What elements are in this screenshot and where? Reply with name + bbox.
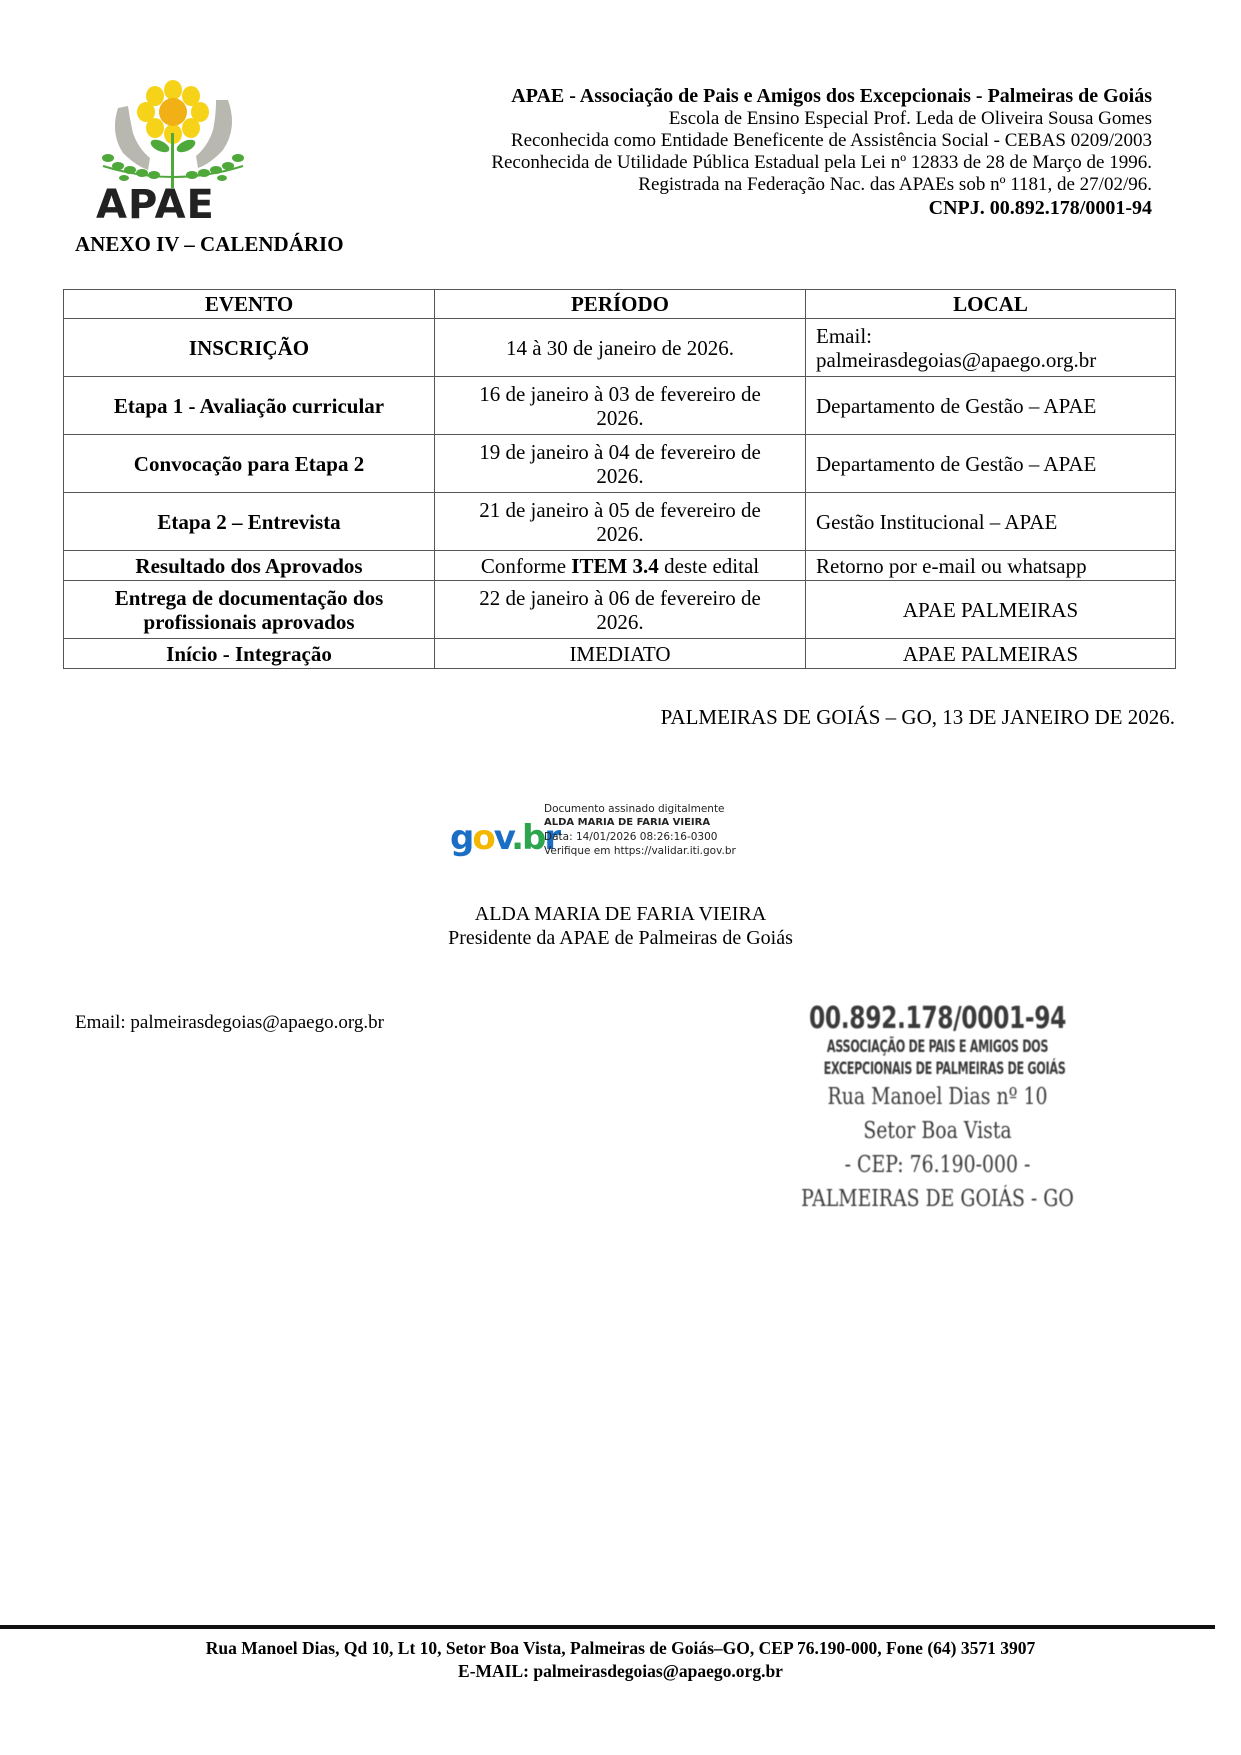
header-evento: EVENTO: [64, 290, 435, 319]
stamp-line: ASSOCIAÇÃO DE PAIS E AMIGOS DOS: [824, 1036, 1052, 1058]
footer-address: Rua Manoel Dias, Qd 10, Lt 10, Setor Boa…: [0, 1637, 1241, 1660]
periodo-post: deste edital: [659, 554, 759, 578]
table-row: INSCRIÇÃO 14 à 30 de janeiro de 2026. Em…: [64, 319, 1176, 377]
signature-verify-link[interactable]: Verifique em https://validar.iti.gov.br: [544, 844, 736, 858]
cell-periodo: 22 de janeiro à 06 de fevereiro de 2026.: [435, 581, 806, 639]
signature-info: Documento assinado digitalmente ALDA MAR…: [544, 802, 736, 858]
table-row: Início - Integração IMEDIATO APAE PALMEI…: [64, 639, 1176, 669]
cell-periodo-line: 2026.: [441, 464, 799, 488]
cell-evento: INSCRIÇÃO: [64, 319, 435, 377]
cell-local: Departamento de Gestão – APAE: [806, 377, 1176, 435]
cell-evento: Resultado dos Aprovados: [64, 551, 435, 581]
stamp-line: - CEP: 76.190-000 -: [796, 1148, 1079, 1182]
govbr-logo-icon: gov.br: [450, 818, 559, 858]
header-line: Reconhecida de Utilidade Pública Estadua…: [491, 152, 1152, 174]
contact-email[interactable]: Email: palmeirasdegoias@apaego.org.br: [75, 1012, 384, 1034]
stamp-line: Rua Manoel Dias nº 10: [796, 1080, 1079, 1114]
cell-evento: Convocação para Etapa 2: [64, 435, 435, 493]
header-cnpj: CNPJ. 00.892.178/0001-94: [491, 196, 1152, 220]
footer-divider: [0, 1625, 1215, 1629]
signer-name: ALDA MARIA DE FARIA VIEIRA: [0, 902, 1241, 926]
signature-name: ALDA MARIA DE FARIA VIEIRA: [544, 816, 736, 830]
annex-title: ANEXO IV – CALENDÁRIO: [75, 232, 344, 257]
org-name: APAE - Associação de Pais e Amigos dos E…: [491, 84, 1152, 108]
cell-local-label: Email:: [816, 324, 1169, 348]
stamp-line: PALMEIRAS DE GOIÁS - GO: [796, 1182, 1079, 1216]
cell-periodo: IMEDIATO: [435, 639, 806, 669]
stamp-line: Setor Boa Vista: [796, 1114, 1079, 1148]
table-row: Entrega de documentação dos profissionai…: [64, 581, 1176, 639]
cell-periodo-line: 21 de janeiro à 05 de fevereiro de: [441, 498, 799, 522]
cell-local: APAE PALMEIRAS: [806, 639, 1176, 669]
header-line: Registrada na Federação Nac. das APAEs s…: [491, 174, 1152, 196]
letterhead: APAE - Associação de Pais e Amigos dos E…: [491, 84, 1152, 220]
cell-periodo-line: 2026.: [441, 522, 799, 546]
cell-periodo-line: 16 de janeiro à 03 de fevereiro de: [441, 382, 799, 406]
periodo-item-ref: ITEM 3.4: [571, 554, 659, 578]
signature-caption: Documento assinado digitalmente: [544, 802, 736, 816]
table-row: Etapa 1 - Avaliação curricular 16 de jan…: [64, 377, 1176, 435]
digital-signature-stamp: gov.br Documento assinado digitalmente A…: [448, 800, 748, 870]
cell-evento: Entrega de documentação dos profissionai…: [64, 581, 435, 639]
header-periodo: PERÍODO: [435, 290, 806, 319]
cell-periodo: 21 de janeiro à 05 de fevereiro de 2026.: [435, 493, 806, 551]
cell-local: Email: palmeirasdegoias@apaego.org.br: [806, 319, 1176, 377]
cell-local: Departamento de Gestão – APAE: [806, 435, 1176, 493]
header-local: LOCAL: [806, 290, 1176, 319]
cell-periodo: 14 à 30 de janeiro de 2026.: [435, 319, 806, 377]
cell-evento: Etapa 1 - Avaliação curricular: [64, 377, 435, 435]
table-row: Etapa 2 – Entrevista 21 de janeiro à 05 …: [64, 493, 1176, 551]
signature-date: Data: 14/01/2026 08:26:16-0300: [544, 830, 736, 844]
cell-local: Gestão Institucional – APAE: [806, 493, 1176, 551]
cell-local: Retorno por e-mail ou whatsapp: [806, 551, 1176, 581]
cell-periodo: Conforme ITEM 3.4 deste edital: [435, 551, 806, 581]
cell-local: APAE PALMEIRAS: [806, 581, 1176, 639]
table-header-row: EVENTO PERÍODO LOCAL: [64, 290, 1176, 319]
table-row: Resultado dos Aprovados Conforme ITEM 3.…: [64, 551, 1176, 581]
cell-evento: Etapa 2 – Entrevista: [64, 493, 435, 551]
stamp-cnpj: 00.892.178/0001-94: [803, 1001, 1072, 1036]
periodo-pre: Conforme: [481, 554, 571, 578]
cell-periodo-line: 2026.: [441, 406, 799, 430]
cell-periodo-line: 19 de janeiro à 04 de fevereiro de: [441, 440, 799, 464]
header-line: Escola de Ensino Especial Prof. Leda de …: [491, 108, 1152, 130]
cell-periodo: 19 de janeiro à 04 de fevereiro de 2026.: [435, 435, 806, 493]
signer-block: ALDA MARIA DE FARIA VIEIRA Presidente da…: [0, 902, 1241, 950]
cell-periodo-line: 2026.: [441, 610, 799, 634]
cell-evento-line: Entrega de documentação dos: [70, 586, 428, 610]
header-line: Reconhecida como Entidade Beneficente de…: [491, 130, 1152, 152]
calendar-table: EVENTO PERÍODO LOCAL INSCRIÇÃO 14 à 30 d…: [63, 289, 1176, 669]
cnpj-rubber-stamp: 00.892.178/0001-94 ASSOCIAÇÃO DE PAIS E …: [765, 995, 1110, 1270]
cell-periodo-line: 22 de janeiro à 06 de fevereiro de: [441, 586, 799, 610]
table-row: Convocação para Etapa 2 19 de janeiro à …: [64, 435, 1176, 493]
cell-local-email[interactable]: palmeirasdegoias@apaego.org.br: [816, 348, 1169, 372]
dateline: PALMEIRAS DE GOIÁS – GO, 13 DE JANEIRO D…: [661, 705, 1175, 730]
apae-logo: APAE: [88, 78, 258, 228]
cell-periodo: 16 de janeiro à 03 de fevereiro de 2026.: [435, 377, 806, 435]
cell-evento-line: profissionais aprovados: [70, 610, 428, 634]
cell-evento: Início - Integração: [64, 639, 435, 669]
signer-role: Presidente da APAE de Palmeiras de Goiás: [0, 926, 1241, 950]
footer-email[interactable]: E-MAIL: palmeirasdegoias@apaego.org.br: [0, 1660, 1241, 1683]
stamp-line: EXCEPCIONAIS DE PALMEIRAS DE GOIÁS: [824, 1058, 1052, 1080]
logo-text: APAE: [96, 182, 215, 228]
